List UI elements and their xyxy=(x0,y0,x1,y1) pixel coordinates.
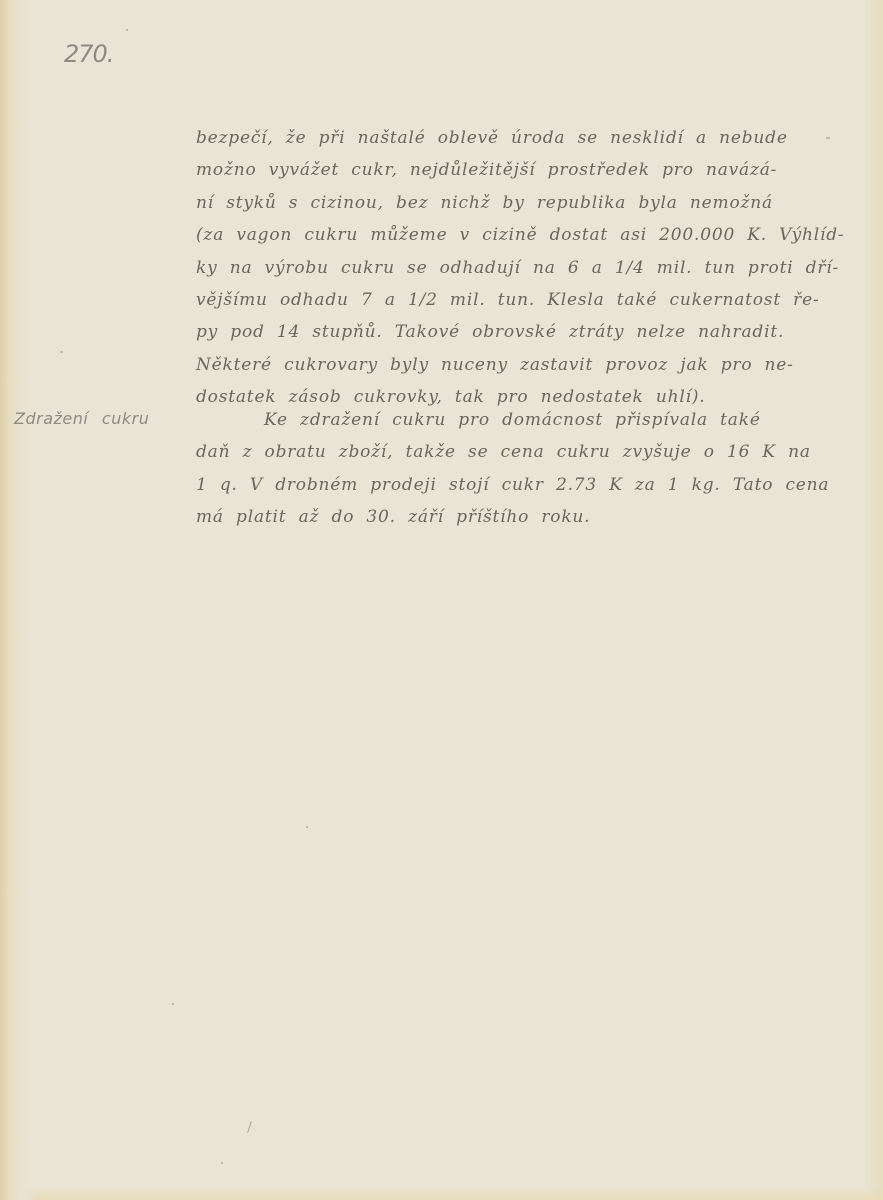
paper-speck xyxy=(306,826,308,828)
margin-note-sugar-price-increase: Zdražení cukru xyxy=(14,409,149,428)
text-line: (za vagon cukru můžeme v cizině dostat a… xyxy=(196,219,836,251)
paper-speck xyxy=(221,1162,223,1164)
text-line: py pod 14 stupňů. Takové obrovské ztráty… xyxy=(196,316,836,348)
text-line: ky na výrobu cukru se odhadují na 6 a 1/… xyxy=(196,252,836,284)
text-line: ní styků s cizinou, bez nichž by republi… xyxy=(196,187,836,219)
paragraph-sugar-export: bezpečí, že při naštalé oblevě úroda se … xyxy=(196,122,836,414)
pencil-mark xyxy=(247,1121,252,1133)
text-line: daň z obratu zboží, takže se cena cukru … xyxy=(196,436,836,468)
text-line: Některé cukrovary byly nuceny zastavit p… xyxy=(196,349,836,381)
text-line: možno vyvážet cukr, nejdůležitější prost… xyxy=(196,154,836,186)
paper-speck xyxy=(126,29,128,31)
text-line: bezpečí, že při naštalé oblevě úroda se … xyxy=(196,122,836,154)
page-number: 270. xyxy=(64,40,113,68)
text-line: Ke zdražení cukru pro domácnost přispíva… xyxy=(196,404,836,436)
text-line: 1 q. V drobném prodeji stojí cukr 2.73 K… xyxy=(196,469,836,501)
text-line: má platit až do 30. září příštího roku. xyxy=(196,501,836,533)
paper-speck xyxy=(60,351,63,353)
paper-speck xyxy=(826,137,830,139)
paper-speck xyxy=(172,1003,174,1005)
paragraph-sugar-price: Ke zdražení cukru pro domácnost přispíva… xyxy=(196,404,836,534)
manuscript-page: 270. Zdražení cukru bezpečí, že při našt… xyxy=(0,0,883,1200)
text-line: vějšímu odhadu 7 a 1/2 mil. tun. Klesla … xyxy=(196,284,836,316)
